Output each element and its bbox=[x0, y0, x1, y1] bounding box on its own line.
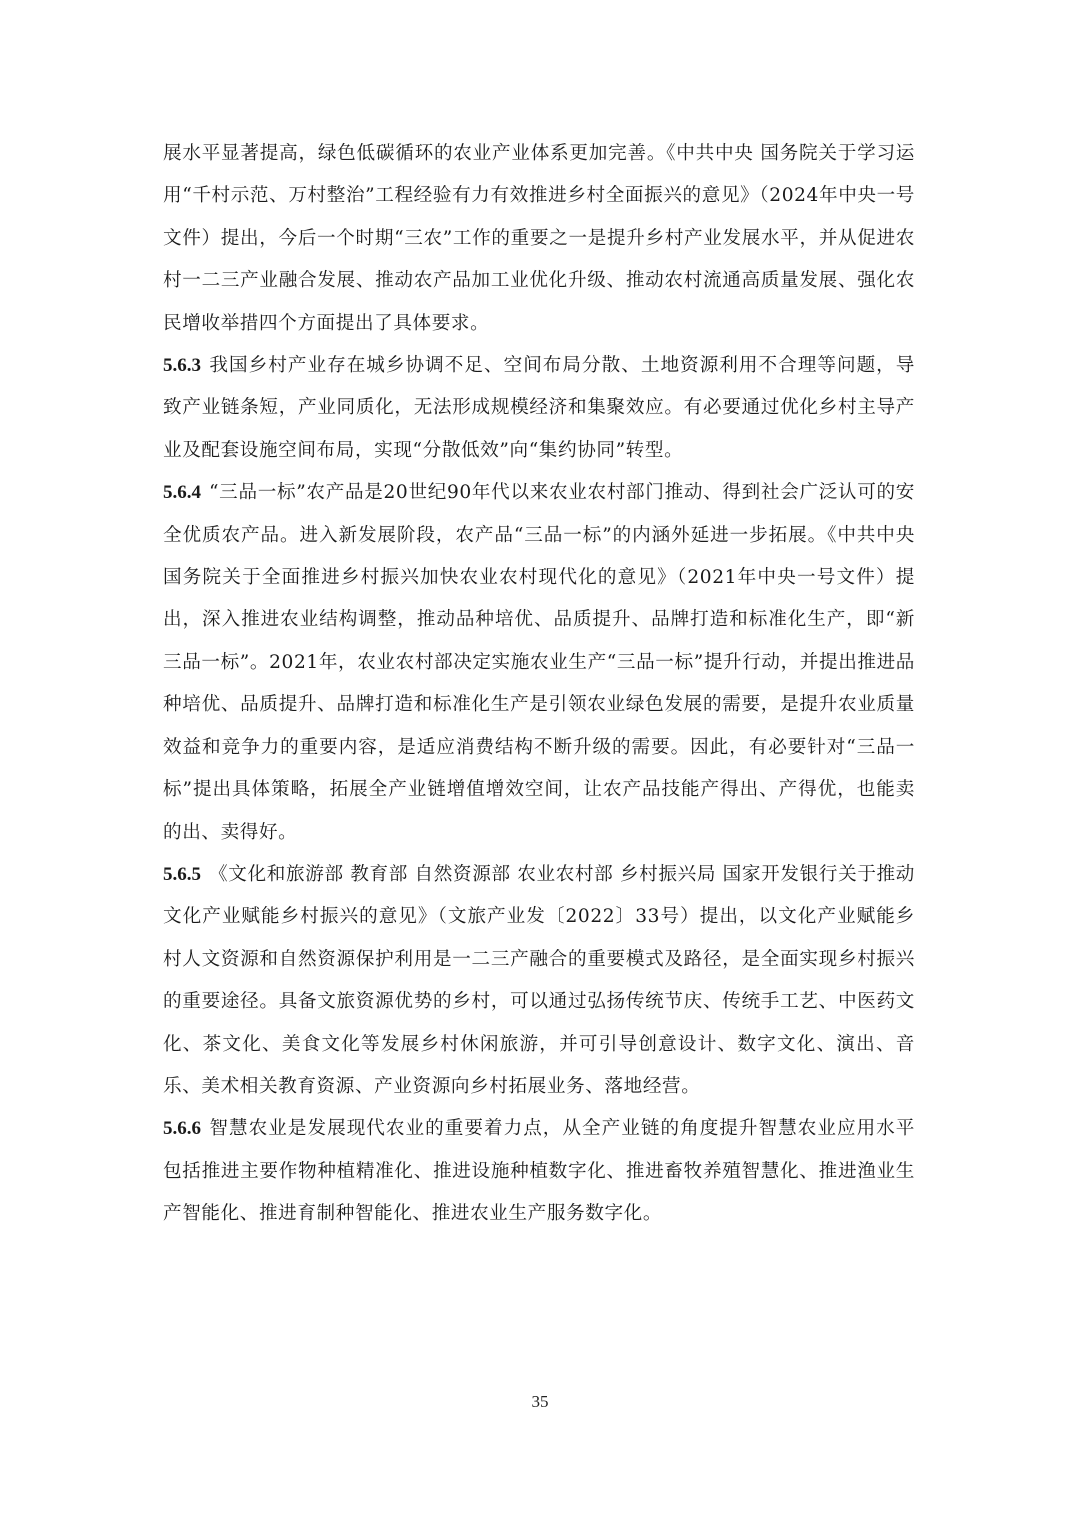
paragraph-text: “三品一标”农产品是20世纪90年代以来农业农村部门推动、得到社会广泛认可的安全… bbox=[163, 482, 915, 842]
paragraph-text: 智慧农业是发展现代农业的重要着力点，从全产业链的角度提升智慧农业应用水平包括推进… bbox=[163, 1118, 915, 1224]
paragraph-5-6-5: 5.6.5《文化和旅游部 教育部 自然资源部 农业农村部 乡村振兴局 国家开发银… bbox=[163, 854, 915, 1108]
section-number: 5.6.3 bbox=[163, 355, 201, 376]
section-number: 5.6.6 bbox=[163, 1118, 201, 1139]
paragraph-5-6-3: 5.6.3我国乡村产业存在城乡协调不足、空间布局分散、土地资源利用不合理等问题，… bbox=[163, 345, 915, 472]
section-number: 5.6.5 bbox=[163, 864, 201, 885]
section-number: 5.6.4 bbox=[163, 482, 201, 503]
paragraph-5-6-4: 5.6.4“三品一标”农产品是20世纪90年代以来农业农村部门推动、得到社会广泛… bbox=[163, 472, 915, 854]
paragraph-5-6-6: 5.6.6智慧农业是发展现代农业的重要着力点，从全产业链的角度提升智慧农业应用水… bbox=[163, 1108, 915, 1235]
paragraph-text: 我国乡村产业存在城乡协调不足、空间布局分散、土地资源利用不合理等问题，导致产业链… bbox=[163, 355, 915, 461]
paragraph-text: 《文化和旅游部 教育部 自然资源部 农业农村部 乡村振兴局 国家开发银行关于推动… bbox=[163, 864, 915, 1097]
page-body: 展水平显著提高，绿色低碳循环的农业产业体系更加完善。《中共中央 国务院关于学习运… bbox=[163, 133, 915, 1236]
paragraph-continuation: 展水平显著提高，绿色低碳循环的农业产业体系更加完善。《中共中央 国务院关于学习运… bbox=[163, 133, 915, 345]
page-number: 35 bbox=[0, 1392, 1080, 1412]
paragraph-text: 展水平显著提高，绿色低碳循环的农业产业体系更加完善。《中共中央 国务院关于学习运… bbox=[163, 143, 915, 334]
